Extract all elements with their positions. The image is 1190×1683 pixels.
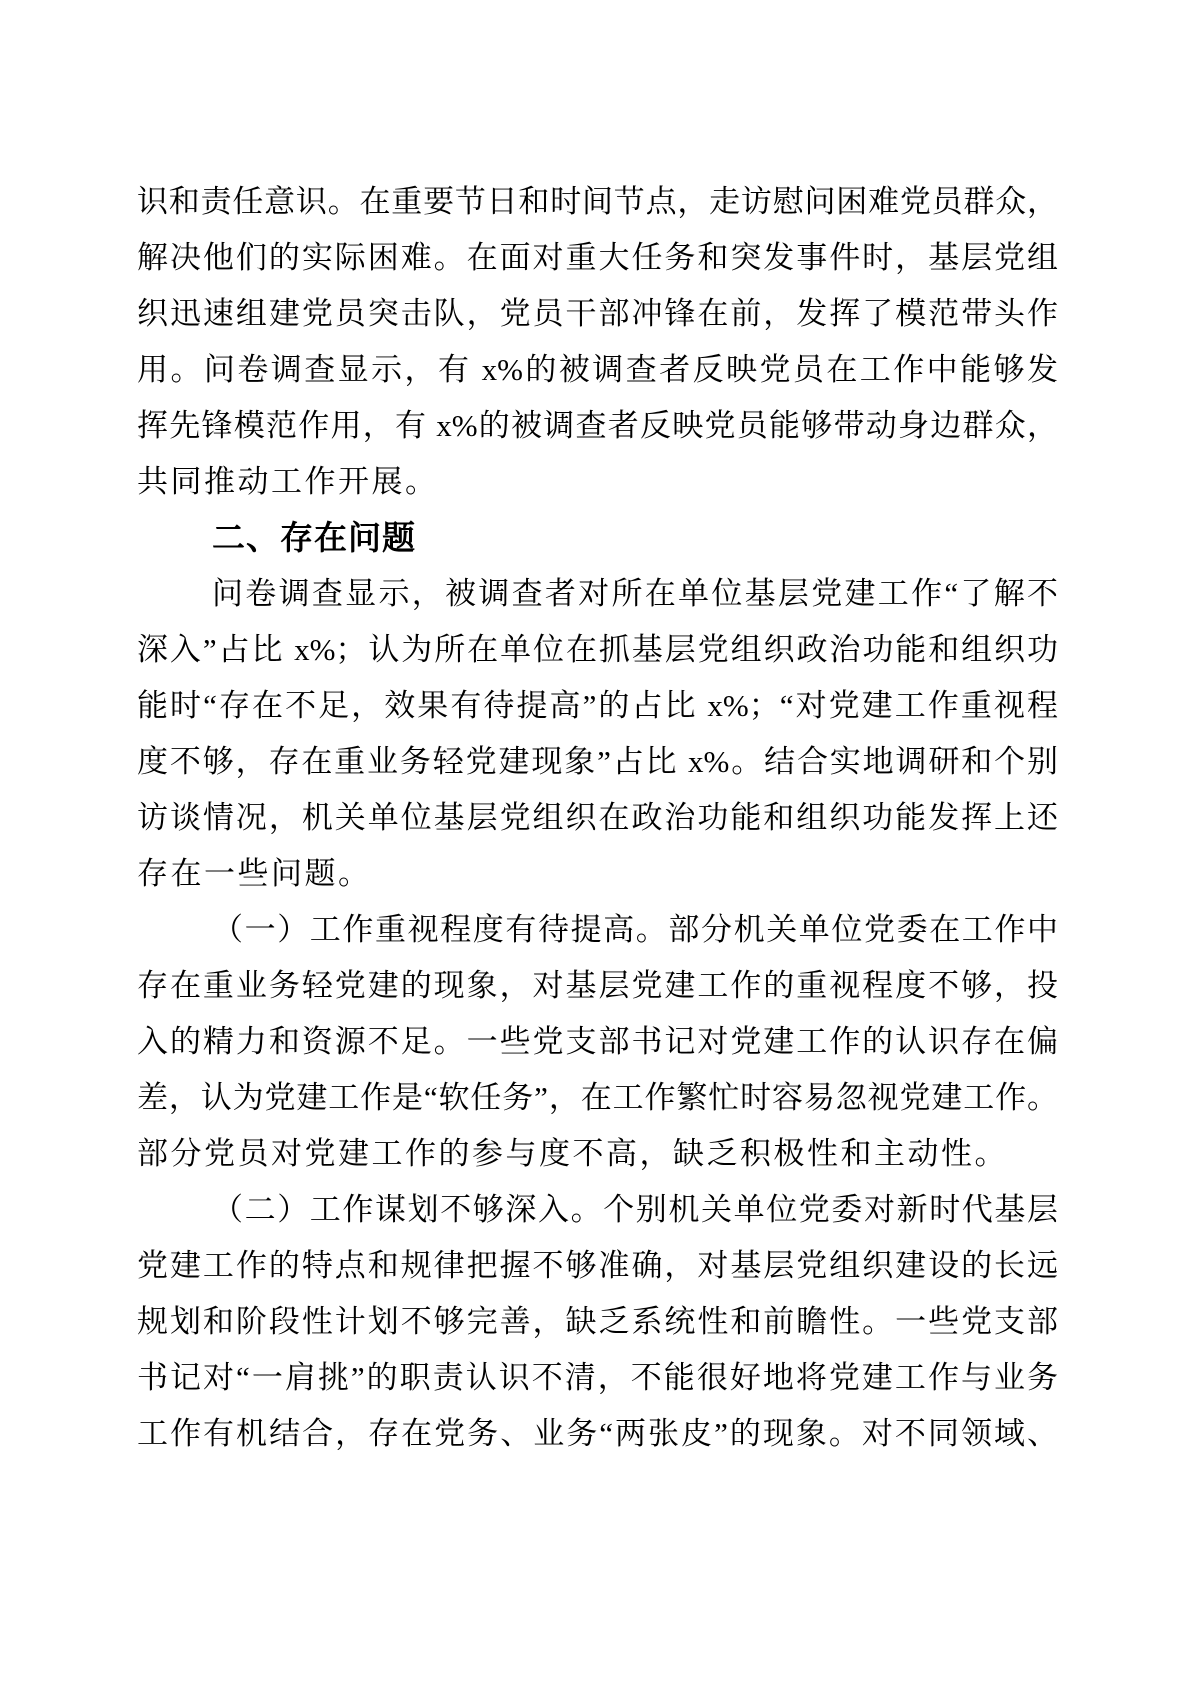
text-line: 书记对“一肩挑”的职责认识不清，不能很好地将党建工作与业务 xyxy=(137,1350,1058,1406)
text-line: 存在重业务轻党建的现象，对基层党建工作的重视程度不够，投 xyxy=(137,958,1058,1014)
text-line: 问卷调查显示，被调查者对所在单位基层党建工作“了解不 xyxy=(137,566,1058,622)
text-line: 入的精力和资源不足。一些党支部书记对党建工作的认识存在偏 xyxy=(137,1014,1058,1070)
text-line: 差，认为党建工作是“软任务”，在工作繁忙时容易忽视党建工作。 xyxy=(137,1070,1058,1126)
text-line: 识和责任意识。在重要节日和时间节点，走访慰问困难党员群众， xyxy=(137,174,1058,230)
text-line: 解决他们的实际困难。在面对重大任务和突发事件时，基层党组 xyxy=(137,230,1058,286)
text-line: 度不够，存在重业务轻党建现象”占比 x%。结合实地调研和个别 xyxy=(137,734,1058,790)
document-body: 识和责任意识。在重要节日和时间节点，走访慰问困难党员群众， 解决他们的实际困难。… xyxy=(137,174,1058,1462)
text-line: 访谈情况，机关单位基层党组织在政治功能和组织功能发挥上还 xyxy=(137,790,1058,846)
text-line: （二）工作谋划不够深入。个别机关单位党委对新时代基层 xyxy=(137,1182,1058,1238)
text-line: 能时“存在不足，效果有待提高”的占比 x%；“对党建工作重视程 xyxy=(137,678,1058,734)
text-line: 深入”占比 x%；认为所在单位在抓基层党组织政治功能和组织功 xyxy=(137,622,1058,678)
text-line: 用。问卷调查显示，有 x%的被调查者反映党员在工作中能够发 xyxy=(137,342,1058,398)
text-line: 工作有机结合，存在党务、业务“两张皮”的现象。对不同领域、 xyxy=(137,1406,1058,1462)
text-line: 部分党员对党建工作的参与度不高，缺乏积极性和主动性。 xyxy=(137,1126,1058,1182)
section-heading: 二、存在问题 xyxy=(137,510,1058,566)
text-line: 织迅速组建党员突击队，党员干部冲锋在前，发挥了模范带头作 xyxy=(137,286,1058,342)
document-page: 识和责任意识。在重要节日和时间节点，走访慰问困难党员群众， 解决他们的实际困难。… xyxy=(0,0,1190,1683)
text-line: 存在一些问题。 xyxy=(137,846,1058,902)
text-line: 共同推动工作开展。 xyxy=(137,454,1058,510)
text-line: （一）工作重视程度有待提高。部分机关单位党委在工作中 xyxy=(137,902,1058,958)
text-line: 规划和阶段性计划不够完善，缺乏系统性和前瞻性。一些党支部 xyxy=(137,1294,1058,1350)
text-line: 挥先锋模范作用，有 x%的被调查者反映党员能够带动身边群众， xyxy=(137,398,1058,454)
text-line: 党建工作的特点和规律把握不够准确，对基层党组织建设的长远 xyxy=(137,1238,1058,1294)
